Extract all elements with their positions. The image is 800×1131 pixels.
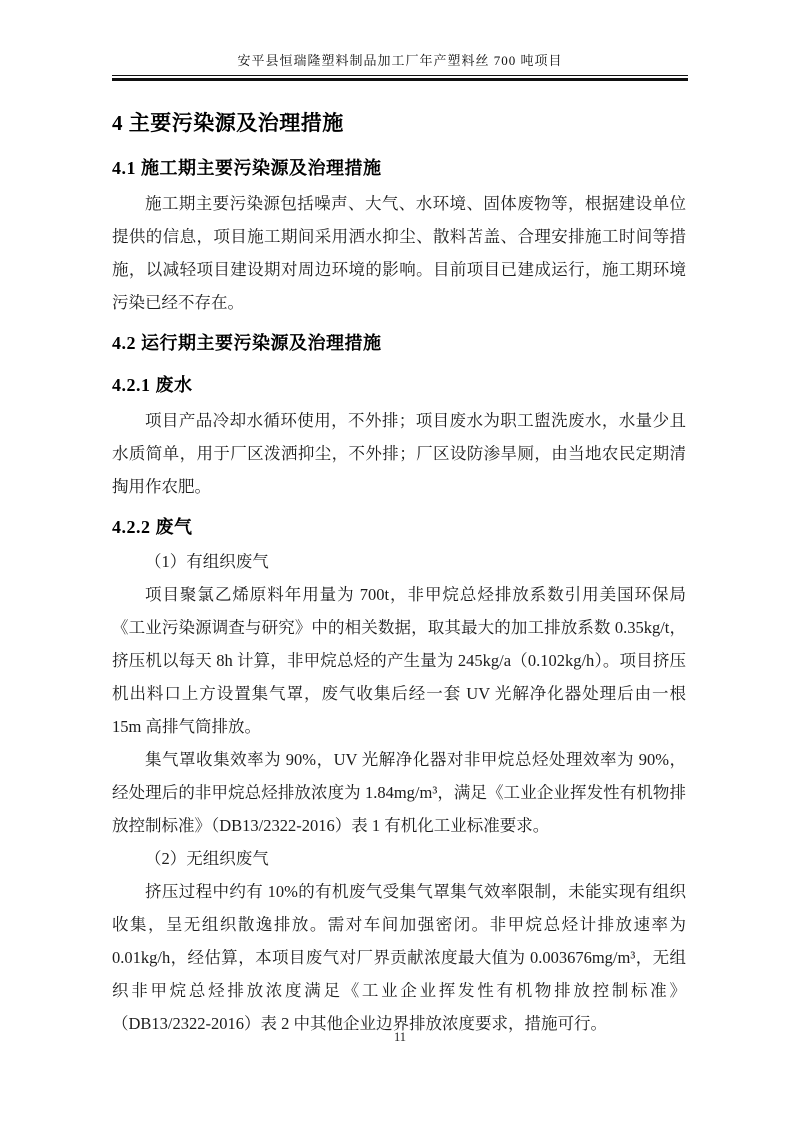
header-double-rule [112, 75, 688, 81]
organized-waste-gas-paragraph-1: 项目聚氯乙烯原料年用量为 700t，非甲烷总烃排放系数引用美国环保局《工业污染源… [112, 578, 686, 743]
document-page: 安平县恒瑞隆塑料制品加工厂年产塑料丝 700 吨项目 4 主要污染源及治理措施 … [0, 0, 800, 1131]
page-number: 11 [0, 1030, 800, 1045]
section-4-2-1-heading: 4.2.1 废水 [112, 371, 686, 397]
document-body: 4 主要污染源及治理措施 4.1 施工期主要污染源及治理措施 施工期主要污染源包… [0, 107, 800, 1040]
section-4-1-paragraph: 施工期主要污染源包括噪声、大气、水环境、固体废物等，根据建设单位提供的信息，项目… [112, 187, 686, 319]
section-4-1-heading: 4.1 施工期主要污染源及治理措施 [112, 154, 686, 180]
organized-waste-gas-paragraph-2: 集气罩收集效率为 90%，UV 光解净化器对非甲烷总烃处理效率为 90%，经处理… [112, 743, 686, 842]
organized-waste-gas-label: （1）有组织废气 [112, 545, 686, 578]
chapter-heading: 4 主要污染源及治理措施 [112, 107, 686, 137]
unorganized-waste-gas-paragraph: 挤压过程中约有 10%的有机废气受集气罩集气效率限制，未能实现有组织收集，呈无组… [112, 875, 686, 1040]
section-4-2-1-paragraph: 项目产品冷却水循环使用，不外排；项目废水为职工盥洗废水，水量少且水质简单，用于厂… [112, 404, 686, 503]
unorganized-waste-gas-label: （2）无组织废气 [112, 842, 686, 875]
section-4-2-heading: 4.2 运行期主要污染源及治理措施 [112, 329, 686, 355]
page-header-title: 安平县恒瑞隆塑料制品加工厂年产塑料丝 700 吨项目 [0, 0, 800, 69]
section-4-2-2-heading: 4.2.2 废气 [112, 513, 686, 539]
